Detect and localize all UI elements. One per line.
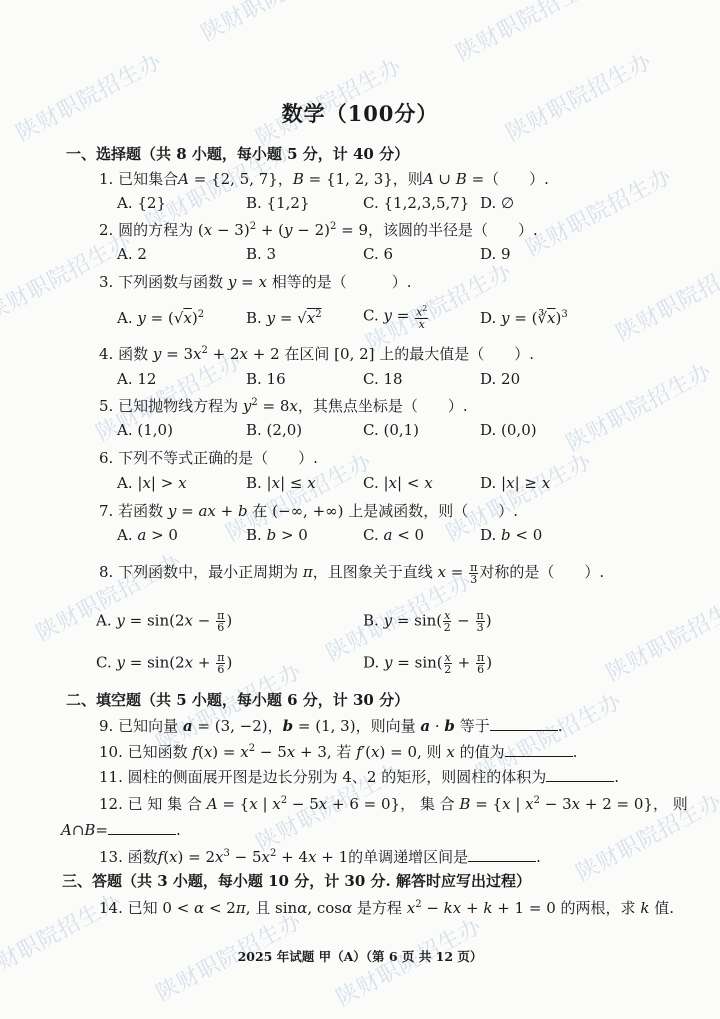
option-5d: D. (0,0) (480, 421, 537, 439)
option-1c: C. {1,2,3,5,7} (363, 194, 469, 212)
option-4c: C. 18 (363, 370, 403, 388)
answer-blank-12[interactable] (108, 820, 176, 835)
section-heading-fill: 二、填空题（共 5 小题，每小题 6 分，计 30 分） (66, 689, 409, 710)
option-2a: A. 2 (117, 245, 147, 263)
option-8c: C. y = sin(2x + π6) (96, 652, 232, 675)
option-5b: B. (2,0) (246, 421, 302, 439)
question-2: 2. 圆的方程为 (x − 3)2 + (y − 2)2 = 9，该圆的半径是（… (99, 219, 538, 240)
option-2c: C. 6 (363, 245, 393, 263)
option-3d: D. y = (∛x)3 (480, 309, 568, 327)
question-4: 4. 函数 y = 3x2 + 2x + 2 在区间 [0, 2] 上的最大值是… (99, 343, 534, 364)
option-3c: C. y = x2x (363, 303, 429, 330)
question-3: 3. 下列函数与函数 y = x 相等的是（ ）. (99, 271, 412, 292)
option-7a: A. a > 0 (117, 526, 178, 544)
page-title: 数学（100分） (0, 98, 720, 128)
answer-blank-11[interactable] (546, 767, 614, 782)
option-8b: B. y = sin(x2 − π3) (363, 610, 492, 633)
option-8d: D. y = sin(x2 + π6) (363, 652, 492, 675)
question-7: 7. 若函数 y = ax + b 在 (−∞, +∞) 上是减函数，则（ ）. (99, 500, 518, 521)
answer-blank-9[interactable] (490, 716, 558, 731)
option-2d: D. 9 (480, 245, 511, 263)
option-6b: B. |x| ≤ x (246, 474, 316, 492)
option-1d: D. ∅ (480, 194, 514, 212)
exam-page: 数学（100分） 一、选择题（共 8 小题，每小题 5 分，计 40 分） 1.… (0, 0, 720, 1019)
question-13: 13. 函数f(x) = 2x3 − 5x2 + 4x + 1的单调递增区间是. (99, 846, 541, 867)
option-1a: A. {2} (117, 194, 166, 212)
option-8a: A. y = sin(2x − π6) (96, 610, 232, 633)
question-6: 6. 下列不等式正确的是（ ）. (99, 447, 318, 468)
option-3a: A. y = (√x)2 (117, 309, 204, 327)
question-12: 12. 已 知 集 合 A = {x | x2 − 5x + 6 = 0}， 集… (99, 793, 688, 814)
question-12-line2: A∩B=. (61, 820, 181, 839)
page-footer: 2025 年试题 甲（A）（第 6 页 共 12 页） (0, 947, 720, 965)
option-4a: A. 12 (117, 370, 156, 388)
option-2b: B. 3 (246, 245, 276, 263)
option-6a: A. |x| > x (117, 474, 187, 492)
answer-blank-10[interactable] (505, 742, 573, 757)
option-4d: D. 20 (480, 370, 520, 388)
question-5: 5. 已知抛物线方程为 y2 = 8x，其焦点坐标是（ ）. (99, 395, 468, 416)
question-9: 9. 已知向量 a = (3, −2)，b = (1, 3)，则向量 a · b… (99, 715, 562, 736)
option-6d: D. |x| ≥ x (480, 474, 550, 492)
option-3b: B. y = √x2 (246, 309, 322, 327)
question-10: 10. 已知函数 f(x) = x2 − 5x + 3, 若 f′(x) = 0… (99, 741, 577, 762)
question-1: 1. 已知集合A = {2, 5, 7}，B = {1, 2, 3}，则A ∪ … (99, 168, 549, 189)
answer-blank-13[interactable] (468, 847, 536, 862)
option-4b: B. 16 (246, 370, 286, 388)
question-8: 8. 下列函数中，最小正周期为 π，且图象关于直线 x = π3对称的是（ ）. (99, 561, 604, 585)
option-6c: C. |x| < x (363, 474, 433, 492)
option-1b: B. {1,2} (246, 194, 310, 212)
section-heading-answer: 三、答题（共 3 小题，每小题 10 分，计 30 分. 解答时应写出过程） (62, 870, 531, 891)
question-11: 11. 圆柱的侧面展开图是边长分别为 4、2 的矩形，则圆柱的体积为. (99, 766, 619, 787)
option-7b: B. b > 0 (246, 526, 308, 544)
option-5c: C. (0,1) (363, 421, 419, 439)
section-heading-choice: 一、选择题（共 8 小题，每小题 5 分，计 40 分） (66, 143, 409, 164)
option-7c: C. a < 0 (363, 526, 424, 544)
question-14: 14. 已知 0 < α < 2π, 且 sinα, cosα 是方程 x2 −… (99, 897, 674, 918)
option-7d: D. b < 0 (480, 526, 542, 544)
option-5a: A. (1,0) (117, 421, 173, 439)
